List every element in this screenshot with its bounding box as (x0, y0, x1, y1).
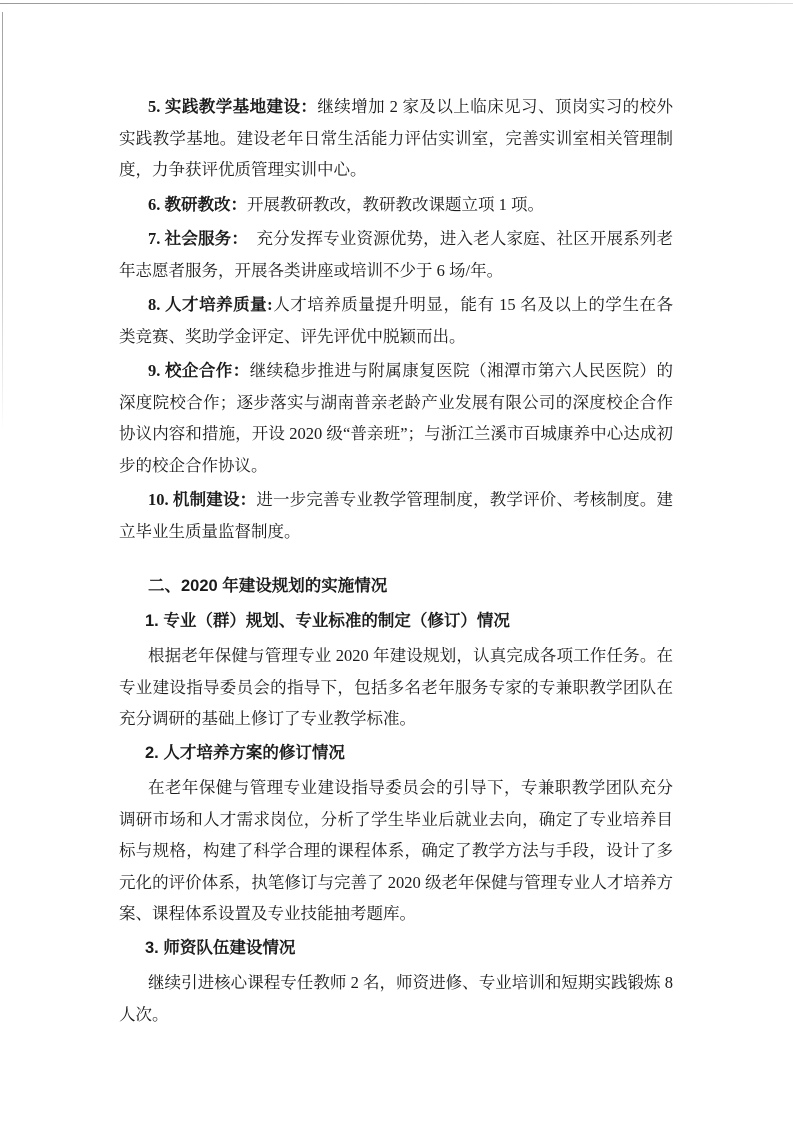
paragraph-mechanism: 10. 机制建设：进一步完善专业教学管理制度，教学评价、考核制度。建立毕业生质量… (119, 484, 673, 547)
paragraph-faculty-body: 继续引进核心课程专任教师 2 名，师资进修、专业培训和短期实践锻炼 8 人次。 (119, 967, 673, 1030)
paragraph-lead: 6. 教研教改： (148, 195, 247, 214)
scan-edge-top-line (0, 3, 793, 4)
paragraph-lead: 9. 校企合作： (148, 361, 250, 380)
paragraph-training-plan-body: 在老年保健与管理专业建设指导委员会的引导下，专兼职教学团队充分调研市场和人才需求… (119, 772, 673, 930)
document-content: 5. 实践教学基地建设：继续增加 2 家及以上临床见习、顶岗实习的校外实践教学基… (119, 91, 673, 1033)
paragraph-text: 开展教研教改，教研教改课题立项 1 项。 (247, 195, 544, 214)
paragraph-lead: 7. 社会服务： (148, 229, 240, 248)
subheading-faculty: 3. 师资队伍建设情况 (119, 933, 673, 965)
subheading-training-plan: 2. 人才培养方案的修订情况 (119, 738, 673, 770)
paragraph-lead: 5. 实践教学基地建设： (148, 97, 317, 116)
paragraph-social-service: 7. 社会服务： 充分发挥专业资源优势，进入老人家庭、社区开展系列老年志愿者服务… (119, 223, 673, 286)
paragraph-lead: 8. 人才培养质量: (148, 295, 273, 314)
paragraph-school-enterprise: 9. 校企合作：继续稳步推进与附属康复医院（湘潭市第六人民医院）的深度院校合作；… (119, 355, 673, 481)
paragraph-lead: 10. 机制建设： (148, 490, 256, 509)
subheading-standards: 1. 专业（群）规划、专业标准的制定（修订）情况 (119, 606, 673, 638)
document-page: 5. 实践教学基地建设：继续增加 2 家及以上临床见习、顶岗实习的校外实践教学基… (0, 0, 793, 1122)
paragraph-practice-base: 5. 实践教学基地建设：继续增加 2 家及以上临床见习、顶岗实习的校外实践教学基… (119, 91, 673, 186)
paragraph-standards-body: 根据老年保健与管理专业 2020 年建设规划，认真完成各项工作任务。在专业建设指… (119, 640, 673, 735)
scan-edge-left-line (2, 12, 3, 432)
section-heading-implementation: 二、2020 年建设规划的实施情况 (119, 571, 673, 603)
paragraph-teaching-reform: 6. 教研教改：开展教研教改，教研教改课题立项 1 项。 (119, 189, 673, 221)
paragraph-talent-quality: 8. 人才培养质量:人才培养质量提升明显，能有 15 名及以上的学生在各类竞赛、… (119, 289, 673, 352)
